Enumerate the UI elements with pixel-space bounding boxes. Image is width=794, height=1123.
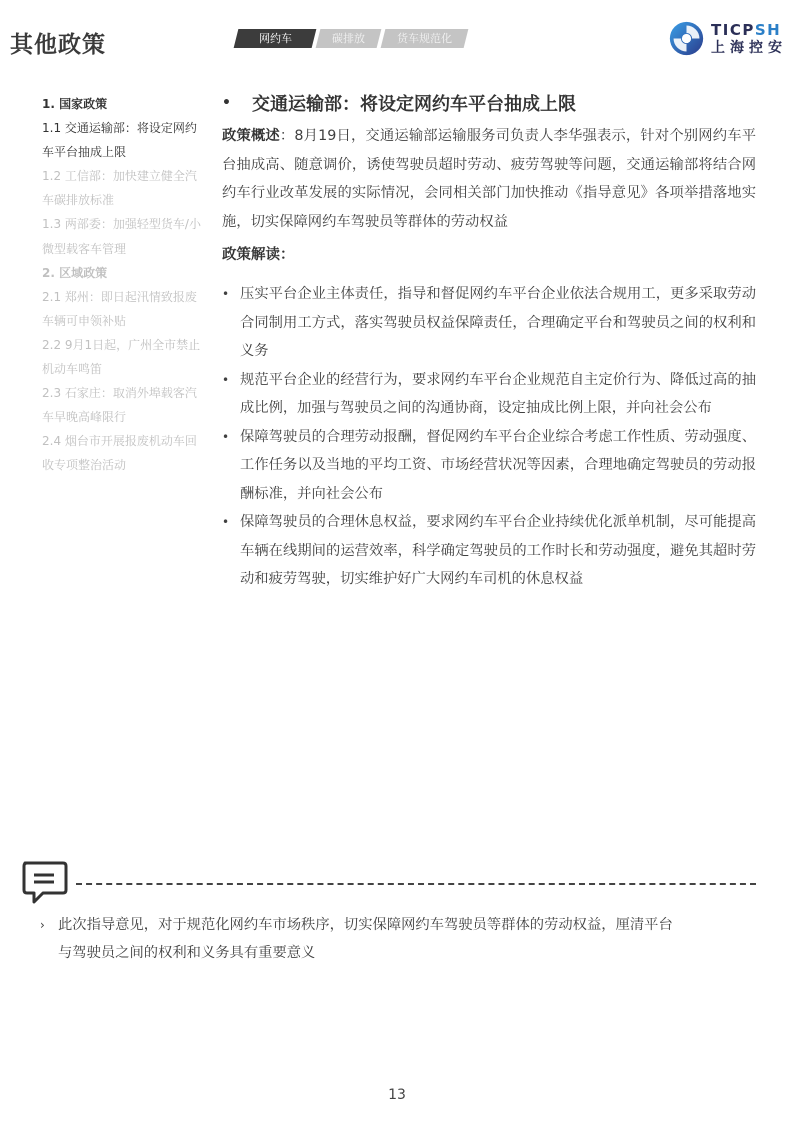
overview-label: 政策概述 <box>222 128 280 144</box>
list-item: •规范平台企业的经营行为，要求网约车平台企业规范自主定价行为、降低过高的抽成比例… <box>222 366 756 423</box>
toc-section-regional[interactable]: 2. 区域政策 <box>42 261 202 285</box>
page-title: 其他政策 <box>10 26 106 59</box>
list-item: •保障驾驶员的合理劳动报酬，督促网约车平台企业综合考虑工作性质、劳动强度、工作任… <box>222 423 756 509</box>
chevron-right-icon: › <box>40 911 58 939</box>
page-number: 13 <box>0 1087 794 1103</box>
toc-section-national[interactable]: 1. 国家政策 <box>42 92 202 116</box>
tab-carbon-emission[interactable]: 碳排放 <box>316 29 382 48</box>
bullet-icon: • <box>222 95 252 111</box>
toc-item-2-3[interactable]: 2.3 石家庄：取消外埠载客汽车早晚高峰限行 <box>42 381 202 429</box>
list-item-text: 规范平台企业的经营行为，要求网约车平台企业规范自主定价行为、降低过高的抽成比例，… <box>240 372 756 417</box>
bullet-icon: • <box>222 366 229 395</box>
overview-text: ：8月19日，交通运输部运输服务司负责人李华强表示，针对个别网约车平台抽成高、随… <box>222 128 756 230</box>
table-of-contents: 1. 国家政策 1.1 交通运输部：将设定网约车平台抽成上限 1.2 工信部：加… <box>42 92 202 478</box>
note-line-2: 与驾驶员之间的权利和义务具有重要意义 <box>40 939 756 967</box>
tab-label: 网约车 <box>259 29 292 48</box>
logo-text-en-suffix: SH <box>755 21 781 39</box>
interpretation-label: 政策解读： <box>222 242 756 268</box>
tab-truck-regulation[interactable]: 货车规范化 <box>381 29 469 48</box>
tab-label: 货车规范化 <box>397 29 452 48</box>
category-tabs: 网约车 碳排放 货车规范化 <box>236 29 470 48</box>
speech-bubble-icon <box>21 860 69 906</box>
article-heading: • 交通运输部：将设定网约车平台抽成上限 <box>222 86 756 120</box>
list-item: •保障驾驶员的合理休息权益，要求网约车平台企业持续优化派单机制，尽可能提高车辆在… <box>222 508 756 594</box>
list-item-text: 压实平台企业主体责任，指导和督促网约车平台企业依法合规用工，更多采取劳动合同制用… <box>240 286 756 359</box>
bullet-icon: • <box>222 280 229 309</box>
list-item-text: 保障驾驶员的合理休息权益，要求网约车平台企业持续优化派单机制，尽可能提高车辆在线… <box>240 514 756 587</box>
list-item: •压实平台企业主体责任，指导和督促网约车平台企业依法合规用工，更多采取劳动合同制… <box>222 280 756 366</box>
bullet-icon: • <box>222 508 229 537</box>
list-item-text: 保障驾驶员的合理劳动报酬，督促网约车平台企业综合考虑工作性质、劳动强度、工作任务… <box>240 429 756 502</box>
company-logo: TICPSH 上海控安 <box>668 20 787 57</box>
dashed-divider <box>76 883 756 885</box>
tab-label: 碳排放 <box>332 29 365 48</box>
logo-text-cn: 上海控安 <box>711 41 787 55</box>
toc-item-2-4[interactable]: 2.4 烟台市开展报废机动车回收专项整治活动 <box>42 429 202 477</box>
note-line-1: 此次指导意见，对于规范化网约车市场秩序，切实保障网约车驾驶员等群体的劳动权益，厘… <box>58 917 673 933</box>
swirl-logo-icon <box>668 20 705 57</box>
policy-overview: 政策概述：8月19日，交通运输部运输服务司负责人李华强表示，针对个别网约车平台抽… <box>222 122 756 236</box>
toc-item-1-3[interactable]: 1.3 两部委：加强轻型货车/小微型载客车管理 <box>42 212 202 260</box>
logo-text-en: TICP <box>711 21 755 39</box>
article-body: • 交通运输部：将设定网约车平台抽成上限 政策概述：8月19日，交通运输部运输服… <box>222 86 756 594</box>
summary-note: ›此次指导意见，对于规范化网约车市场秩序，切实保障网约车驾驶员等群体的劳动权益，… <box>40 911 756 967</box>
interpretation-list: •压实平台企业主体责任，指导和督促网约车平台企业依法合规用工，更多采取劳动合同制… <box>222 280 756 594</box>
toc-item-1-1[interactable]: 1.1 交通运输部：将设定网约车平台抽成上限 <box>42 116 202 164</box>
toc-item-2-2[interactable]: 2.2 9月1日起，广州全市禁止机动车鸣笛 <box>42 333 202 381</box>
toc-item-2-1[interactable]: 2.1 郑州：即日起汛情致报废车辆可申领补贴 <box>42 285 202 333</box>
toc-item-1-2[interactable]: 1.2 工信部：加快建立健全汽车碳排放标准 <box>42 164 202 212</box>
bullet-icon: • <box>222 423 229 452</box>
heading-text: 交通运输部：将设定网约车平台抽成上限 <box>252 90 576 116</box>
tab-ride-hailing[interactable]: 网约车 <box>234 29 317 48</box>
